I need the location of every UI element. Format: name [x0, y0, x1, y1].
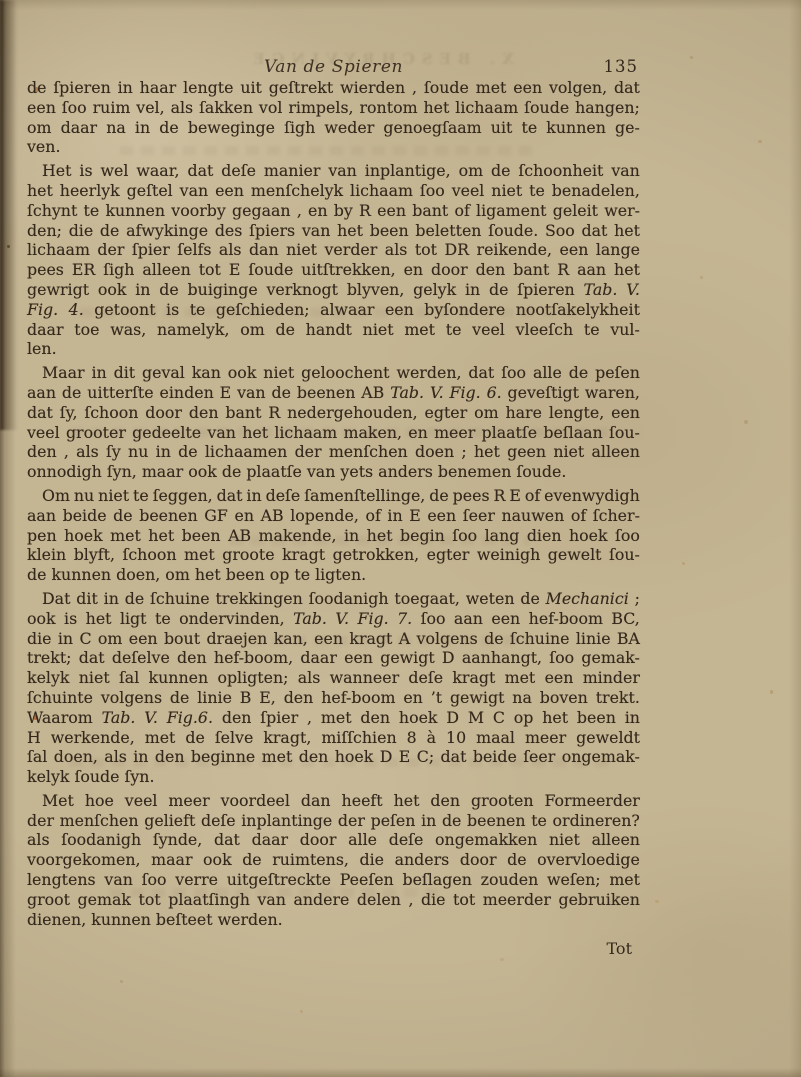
text-line: grootgemaktotplaatſinghvananderedelen,di… — [27, 890, 640, 910]
text-line: dermenſchengelieftdeſeinplantingederpeſe… — [27, 811, 640, 831]
paper-speck — [655, 900, 659, 903]
text-line: den;diedeafwykingedesſpiersvanhetbeenbel… — [27, 221, 640, 241]
text-line: gewrigtookindebuigingeverknogtblyven,gel… — [27, 280, 640, 300]
book-page-scan: X. BESCHRYVINGE Van de Spieren 135 deſpi… — [0, 0, 801, 1077]
text-line: dienen, kunnen beſteet werden. — [27, 910, 640, 930]
paper-speck — [300, 1010, 303, 1013]
text-line: ſchynttekunnenvoorbygegaan,enbyReenbanto… — [27, 201, 640, 221]
text-line: Omnunietteſeggen,datindeſeſamenſtellinge… — [27, 486, 640, 506]
text-line: ſchuintevolgensdelinieBE,denhef-boomen’t… — [27, 688, 640, 708]
body-text: deſpiereninhaarlengteuitgeſtrektwierden,… — [27, 78, 640, 929]
paper-speck — [770, 690, 773, 694]
paragraph: Hetiswelwaar,datdeſemaniervaninplantige,… — [27, 161, 640, 359]
paper-speck — [120, 980, 123, 983]
paper-speck — [7, 245, 10, 248]
text-line: ſaldoen,alsindenbeginnemetdenhoekDEC;dat… — [27, 747, 640, 767]
text-line: de kunnen doen, om het been op te ligten… — [27, 565, 640, 585]
paper-speck — [682, 562, 685, 565]
text-line: Datditindeſchuinetrekkingenſoodanightoeg… — [27, 589, 640, 609]
text-block: Van de Spieren 135 deſpiereninhaarlengte… — [27, 57, 640, 958]
paragraph: deſpiereninhaarlengteuitgeſtrektwierden,… — [27, 78, 640, 157]
paragraph: Omnunietteſeggen,datindeſeſamenſtellinge… — [27, 486, 640, 585]
text-line: penhoekmethetbeenABmakende,inhetbeginſoo… — [27, 526, 640, 546]
catchword: Tot — [607, 939, 633, 958]
paragraph: Methoeveelmeervoordeeldanheefthetdengroo… — [27, 791, 640, 930]
text-line: hetheerlykgeſtelvaneenmenſchelyklichaamſ… — [27, 181, 640, 201]
text-line: dieinComeenboutdraejenkan,eenkragtAvolge… — [27, 629, 640, 649]
text-line: onnodigh ſyn, maar ook de plaatſe van ye… — [27, 462, 640, 482]
text-line: lichaamderſpierſelfsalsdannietverderalst… — [27, 240, 640, 260]
text-line: aanbeidedebeenenGFenABlopende,ofinEeenſe… — [27, 506, 640, 526]
text-line: Maarinditgevalkanooknietgeloochentwerden… — [27, 363, 640, 383]
text-line: Fig.4.getoontistegeſchieden;alwaareenbyſ… — [27, 300, 640, 320]
running-title: Van de Spieren — [264, 57, 403, 77]
text-line: aandeuitterſteeindenEvandebeenenABTab.V.… — [27, 383, 640, 403]
text-line: Hwerkende,metdeſelvekragt,miſſchien8à10m… — [27, 728, 640, 748]
text-line: trekt;datdeſelvedenhef-boom,daareengewig… — [27, 648, 640, 668]
text-line: kelyk ſoude ſyn. — [27, 767, 640, 787]
text-line: WaaromTab.V.Fig.6.denſpier,metdenhoekDMC… — [27, 708, 640, 728]
text-line: alsſoodanighſynde,datdaardooralledeſeong… — [27, 830, 640, 850]
text-line: voorgekomen,maarookderuimtens,dieandersd… — [27, 850, 640, 870]
text-line: deſpiereninhaarlengteuitgeſtrektwierden,… — [27, 78, 640, 98]
text-line: kleinblyft,ſchoonmetgrootekragtgetrokken… — [27, 545, 640, 565]
text-line: Methoeveelmeervoordeeldanheefthetdengroo… — [27, 791, 640, 811]
page-number: 135 — [604, 57, 639, 76]
paragraph: Maarinditgevalkanooknietgeloochentwerden… — [27, 363, 640, 482]
text-line: len. — [27, 339, 640, 359]
catchword-row: Tot — [27, 939, 640, 958]
text-line: den,alsſynuindelichaamendermenſchendoen;… — [27, 442, 640, 462]
page-gutter-shadow-top — [0, 0, 20, 430]
text-line: peesERſighalleentotEſoudeuitſtrekken,end… — [27, 260, 640, 280]
text-line: lengtensvanſooverreuitgeſtrecktePeeſenbe… — [27, 870, 640, 890]
text-line: ookishetligtteondervinden,Tab.V.Fig.7.ſo… — [27, 609, 640, 629]
text-line: daartoewas,namelyk,omdehandtnietmettevee… — [27, 320, 640, 340]
text-line: omdaarnaindebewegingeſighwedergenoegſaam… — [27, 118, 640, 138]
text-line: ven. — [27, 137, 640, 157]
text-line: kelyknietſalkunnenopligten;alswanneerdeſ… — [27, 668, 640, 688]
paper-speck — [744, 420, 748, 424]
paragraph: Datditindeſchuinetrekkingenſoodanightoeg… — [27, 589, 640, 787]
paper-speck — [690, 56, 693, 59]
paper-speck — [700, 276, 703, 279]
paper-speck — [758, 140, 762, 143]
text-line: veelgrootergedeeltevanhetlichaammaken,en… — [27, 423, 640, 443]
text-line: datſy,ſchoondoordenbantRnedergehouden,eg… — [27, 403, 640, 423]
text-line: eenſooruimvel,alsſakkenvolrimpels,rontom… — [27, 98, 640, 118]
page-header: Van de Spieren 135 — [27, 57, 640, 78]
text-line: Hetiswelwaar,datdeſemaniervaninplantige,… — [27, 161, 640, 181]
